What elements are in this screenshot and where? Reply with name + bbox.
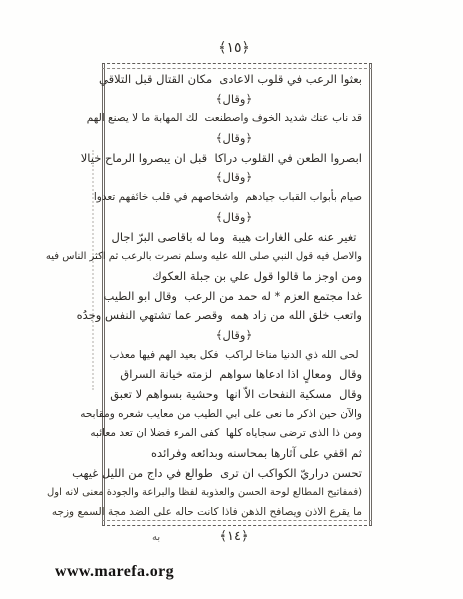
verse-line: بعثوا الرعب في قلوب الاعادى مكان القتال … bbox=[106, 70, 362, 90]
marefa-watermark: www.marefa.org bbox=[55, 563, 174, 581]
page-text-block: بعثوا الرعب في قلوب الاعادى مكان القتال … bbox=[106, 70, 362, 523]
verse-line: قد ناب عنك شديد الخوف واصطنعت لك المهابة… bbox=[106, 109, 362, 129]
scanned-book-page: ﴿١٥﴾ بعثوا الرعب في قلوب الاعادى مكان ال… bbox=[0, 0, 463, 599]
verse-line: ومن ذا الذى ترضى سجاياه كلها كفى المرء ف… bbox=[106, 424, 362, 444]
page-number-ornament: ﴿١٥﴾ bbox=[102, 40, 366, 56]
verse-line: لحى الله ذي الدنيا مناخا لراكب فكل بعيد … bbox=[106, 346, 362, 366]
verse-line: غدا مجتمع العزم * له حمد من الرعب وقال ا… bbox=[106, 287, 362, 307]
prose-line: والاصل فيه قول النبي صلى الله عليه وسلم … bbox=[106, 247, 362, 267]
prose-line: ومن اوجز ما قالوا قول علي بن جبلة العكوك bbox=[106, 267, 362, 287]
verse-line: واتعب خلق الله من زاد همه وقصر عما تشتهي… bbox=[106, 306, 362, 326]
catchword: به bbox=[152, 532, 160, 543]
qala-divider: ﴿وقال﴾ bbox=[106, 90, 362, 110]
verse-line: تحسن دراريّ الكواكب ان ترى طوالع في داج … bbox=[106, 464, 362, 484]
quire-number-ornament: ﴿١٤﴾ bbox=[219, 529, 248, 544]
scan-artifact-rule bbox=[92, 150, 94, 390]
qala-divider: ﴿وقال﴾ bbox=[106, 326, 362, 346]
verse-line: صيام بأبواب القباب جيادهم واشخاصهم في قل… bbox=[106, 188, 362, 208]
verse-line: وقال ومعالٍ اذا ادعاها سواهم لزمته خيانة… bbox=[106, 365, 362, 385]
prose-line: ثم اقفي على آثارها بمحاسنه وبدائعه وفرائ… bbox=[106, 444, 362, 464]
verse-line: تغير عنه على الغارات هيبة وما له باقاصى … bbox=[106, 228, 362, 248]
verse-line: وقال مسكية النفحات الاّ انها وحشية بسواه… bbox=[106, 385, 362, 405]
footnote-line: (فمفاتيح المطالع لوحة الحسن والعذوبة لفظ… bbox=[106, 483, 362, 503]
frame-top-rule bbox=[102, 63, 372, 69]
footnote-line: ما يقرع الاذن ويصافح الذهن فاذا كانت حال… bbox=[106, 503, 362, 523]
qala-divider: ﴿وقال﴾ bbox=[106, 208, 362, 228]
prose-line: والآن حين اذكر ما نعى على ابي الطيب من م… bbox=[106, 405, 362, 425]
qala-divider: ﴿وقال﴾ bbox=[106, 168, 362, 188]
qala-divider: ﴿وقال﴾ bbox=[106, 129, 362, 149]
verse-line: ابصروا الطعن في القلوب دراكا قبل ان يبصر… bbox=[106, 149, 362, 169]
